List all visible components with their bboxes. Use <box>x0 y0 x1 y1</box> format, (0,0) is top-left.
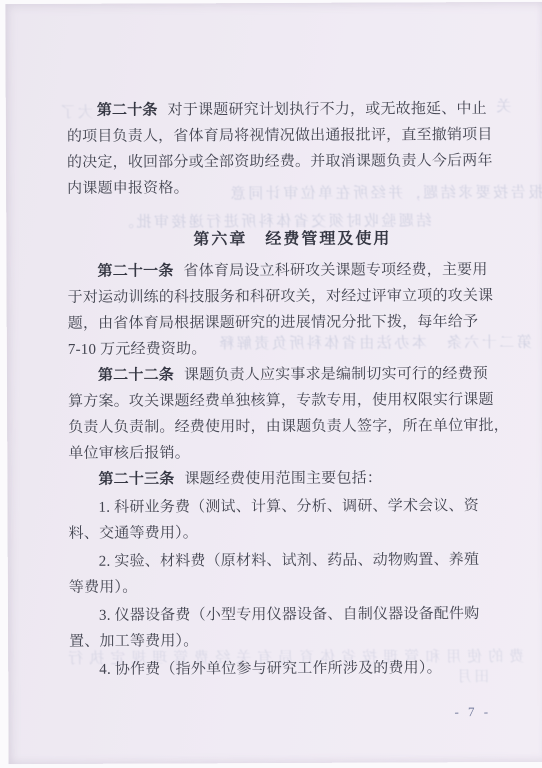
article-21-number: 第二十一条 <box>97 263 173 279</box>
article-22-number: 第二十二条 <box>98 367 174 383</box>
document-body: 第二十条对于课题研究计划执行不力，或无故拖延、中止 的项目负责人，省体育局将视情… <box>67 96 520 683</box>
chapter-6-heading: 第六章 经费管理及使用 <box>67 226 517 254</box>
article-23-paragraph: 第二十三条课题经费使用范围主要包括： <box>68 465 518 493</box>
page-number: - 7 - <box>454 704 491 720</box>
article-20-paragraph: 第二十条对于课题研究计划执行不力，或无故拖延、中止 的项目负责人，省体育局将视情… <box>67 96 517 202</box>
article-21-paragraph: 第二十一条省体育局设立科研攻关课题专项经费，主要用 于对运动训练的科技服务和科研… <box>67 257 517 363</box>
expense-item-4: 4. 协作费（指外单位参与研究工作所涉及的费用）。 <box>69 655 519 683</box>
article-20-number: 第二十条 <box>97 103 158 119</box>
expense-item-1: 1. 科研业务费（测试、计算、分析、调研、学术会议、资 料、交通等费用）。 <box>68 493 518 547</box>
expense-item-3: 3. 仪器设备费（小型专用仪器设备、自制仪器设备配件购 置、加工等费用）。 <box>69 601 519 655</box>
article-23-number: 第二十三条 <box>98 471 174 487</box>
article-22-paragraph: 第二十二条课题负责人应实事求是编制切实可行的经费预 算方案。攻关课题经费单独核算… <box>68 361 518 467</box>
expense-item-2: 2. 实验、材料费（原材料、试剂、药品、动物购置、养殖 等费用）。 <box>69 547 519 601</box>
scanned-document-screenshot: 关 大了 题报告按要求结题，并经所在单位审计同意 结题验收时须交省体科所进行递接… <box>0 0 542 768</box>
document-page: 关 大了 题报告按要求结题，并经所在单位审计同意 结题验收时须交省体科所进行递接… <box>5 2 542 764</box>
article-23-text: 课题经费使用范围主要包括： <box>184 471 382 488</box>
